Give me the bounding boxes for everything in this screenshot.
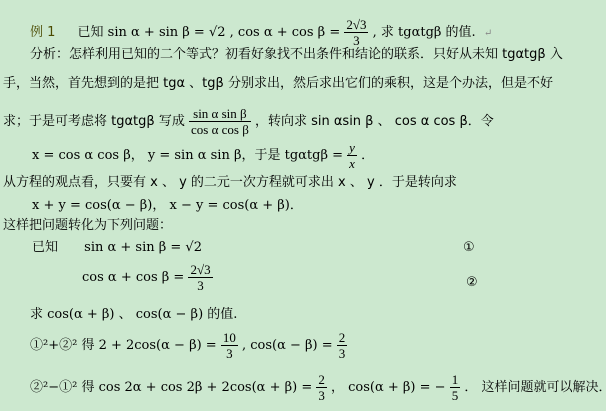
given-text: 已知 sin α + sin β = √2 , cos α + cos β = — [78, 25, 345, 40]
fraction: 103 — [221, 330, 238, 361]
question-text: , 求 tgαtgβ 的值. — [373, 25, 476, 40]
fraction: 23 — [337, 330, 348, 361]
fraction: 23 — [316, 372, 327, 403]
given-eq1-line: 已知 sin α + sin β = √2 — [32, 240, 202, 256]
fraction: yx — [347, 140, 357, 171]
find-line: 求 cos(α + β) 、 cos(α − β) 的值. — [30, 307, 237, 323]
solution-line-2: ②²−①² 得 cos 2α + cos 2β + 2cos(α + β) = … — [30, 372, 606, 403]
view-line: 从方程的观点看，只要有 x 、 y 的二元一次方程就可求出 x 、 y ．于是转… — [3, 175, 457, 191]
given-eq2-line: cos α + cos β = 2√33 — [82, 262, 213, 293]
eq2-tag: ② — [466, 275, 478, 291]
analysis-line-2: 手，当然，首先想到的是把 tgα 、tgβ 分别求出，然后求出它们的乘积，这是个… — [3, 76, 553, 92]
analysis-line-3: 求；于是可考虑将 tgαtgβ 写成 sin α sin βcos α cos … — [3, 106, 494, 137]
analysis-line-1: 分析：怎样利用已知的二个等式？初看好象找不出条件和结论的联系．只好从未知 tgα… — [30, 47, 563, 63]
fraction: 2√33 — [344, 17, 368, 48]
paragraph-mark-icon: ↵ — [484, 28, 492, 39]
fraction: 2√33 — [188, 262, 212, 293]
example-line: 例 1 已知 sin α + sin β = √2 , cos α + cos … — [30, 17, 492, 48]
let-line: x = cos α cos β， y = sin α sin β，于是 tgαt… — [32, 140, 374, 171]
eq1-tag: ① — [463, 240, 475, 256]
solution-line-1: ①²+②² 得 2 + 2cos(α − β) = 103 , cos(α − … — [30, 330, 347, 361]
fraction: sin α sin βcos α cos β — [189, 106, 251, 137]
transform-line: 这样把问题转化为下列问题： — [3, 218, 172, 234]
example-label: 例 1 — [30, 25, 55, 40]
fraction: 15 — [450, 372, 461, 403]
equations-line: x + y = cos(α − β)， x − y = cos(α + β)． — [32, 198, 303, 214]
